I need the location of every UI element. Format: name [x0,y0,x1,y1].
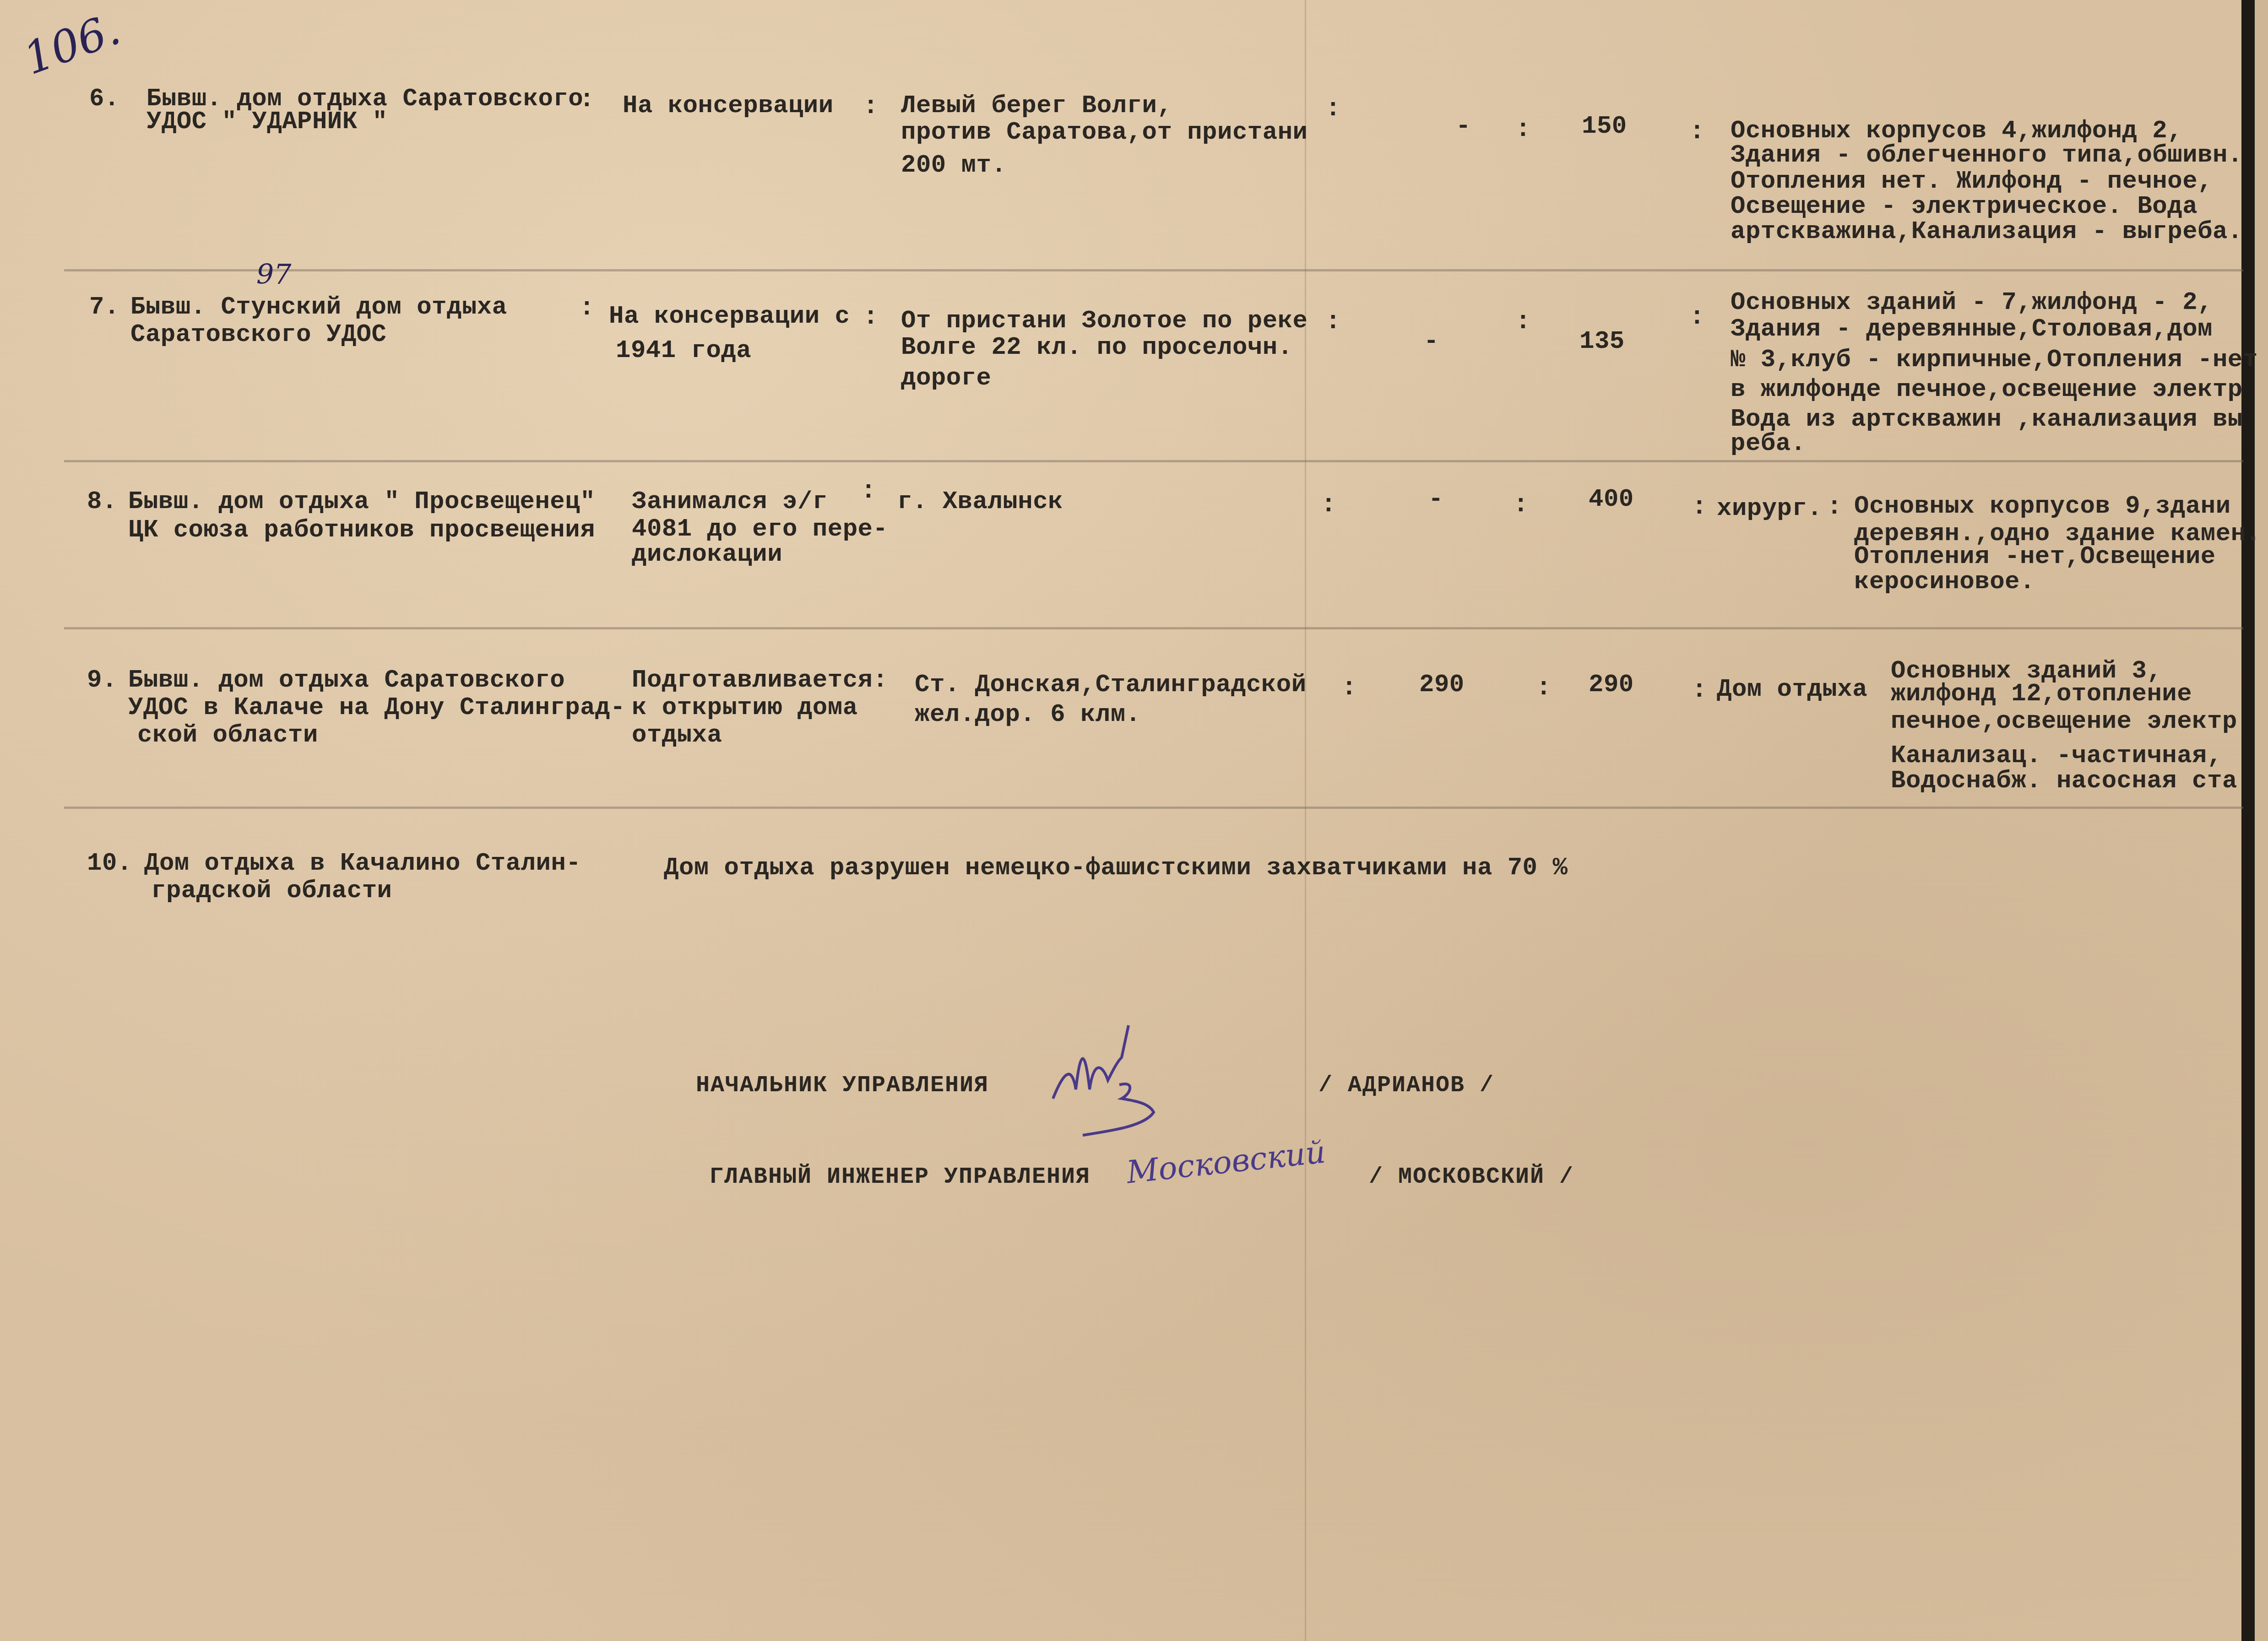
chief-name: / АДРИАНОВ / [1318,1071,1494,1100]
row-col6: 150 [1582,112,1627,141]
row-number: 7. [89,293,119,322]
chief-title: НАЧАЛЬНИК УПРАВЛЕНИЯ [696,1071,989,1100]
row-location-line: г. Хвалынск [897,487,1063,517]
row-location-line: Ст. Донская,Сталинградской [915,671,1307,700]
paper-fold [1305,0,1306,1641]
chief-signature: Адр [1044,1021,1250,1140]
row-description-line: Основных зданий - 7,жилфонд - 2, [1731,288,2213,318]
row-status-line: отдыха [632,721,722,750]
row-description-line: № 3,клуб - кирпичные,Отопления -нет [1731,346,2258,375]
row-status-line: Занимался э/г [632,487,828,517]
row-name-line: УДОС " УДАРНИК " [146,108,387,137]
row-status-line: 1941 года [616,336,751,366]
column-separator: : [863,302,879,331]
row-location-line: жел.дор. 6 клм. [915,700,1141,730]
column-separator: : [1689,117,1705,146]
row-number: 6. [89,85,119,114]
row-name-line: градской области [151,877,392,906]
row-col6: 135 [1579,327,1625,357]
row-number: 10. [87,849,132,878]
column-separator: : [1515,307,1531,336]
row-description-line: жилфонд 12,отопление [1891,680,2192,709]
row-description-line: реба. [1731,429,1806,459]
row-name-line: ЦК союза работников просвещения [128,516,595,545]
row-number: 8. [87,487,117,517]
column-separator: : [1341,673,1357,702]
row-name-line: ской области [137,721,318,750]
column-separator: : [579,85,595,114]
row-profile: Дом отдыха [1717,675,1867,704]
row-status-line: На консервации с [609,302,850,331]
column-separator: : [579,293,595,322]
row-col6: 290 [1589,671,1634,700]
column-separator: : [1325,307,1341,336]
row-name-line: Бывш. дом отдыха Саратовского [128,666,565,695]
engineer-signature: Московский [1125,1134,1327,1191]
row-location-line: дороге [901,364,991,393]
row-name-line: Саратовского УДОС [130,320,386,350]
row-description-line: Здания - облегченного типа,обшивн. [1731,141,2243,170]
row-name-line: Бывш. Стунский дом отдыха [130,293,507,322]
row-name-line: Бывш. дом отдыха " Просвещенец" [128,487,595,517]
row-col5: 290 [1419,671,1465,700]
row-divider [64,269,2243,271]
column-separator: : [1536,673,1552,702]
engineer-title: ГЛАВНЫЙ ИНЖЕНЕР УПРАВЛЕНИЯ [710,1163,1091,1192]
engineer-name: / МОСКОВСКИЙ / [1369,1163,1574,1192]
row-description-line: в жилфонде печное,освещение электр [1731,375,2243,405]
column-separator: : [1827,492,1842,521]
row-divider [64,807,2243,809]
document-page: 106. 6. Бывш. дом отдыха Саратовского УД… [0,0,2255,1641]
row-description-line: артскважина,Канализация - выгреба. [1731,217,2243,247]
row-divider [64,627,2243,629]
row-status-line: дислокации [632,540,782,569]
row-profile: хирург. [1717,494,1822,524]
row-col5: - [1424,327,1439,357]
row-status-line: к открытию дома [632,693,858,723]
row-description-line: Здания - деревянные,Столовая,дом [1731,315,2213,344]
row-col5: - [1456,112,1471,141]
row-name-line: Дом отдыха в Качалино Сталин- [144,849,581,878]
row-note: Дом отдыха разрушен немецко-фашистскими … [664,854,1568,883]
row-location-line: Волге 22 кл. по проселочн. [901,333,1293,363]
row-description-line: печное,освещение электр [1891,707,2237,737]
column-separator: : [861,476,876,505]
row-location-line: Левый берег Волги, [901,92,1172,121]
signature-scribble-icon [1044,1021,1250,1140]
column-separator: : [1325,94,1341,123]
row-location-line: От пристани Золотое по реке [901,307,1308,336]
row-divider [64,460,2243,462]
row-col6: 400 [1589,485,1634,515]
row-name-line: УДОС в Калаче на Дону Сталинград- [128,693,625,723]
row-description-line: Вода из артскважин ,канализация вы [1731,405,2243,434]
column-separator: : [1513,490,1529,519]
row-location-line: против Саратова,от пристани [901,118,1308,147]
row-description-line: Основных корпусов 9,здани [1854,492,2231,521]
column-separator: : [863,92,879,121]
row-description-line: Водоснабж. насосная ста [1891,767,2237,796]
column-separator: : [1689,302,1705,331]
row-status-line: Подготавливается: [632,666,888,695]
row-status-line: На консервации [623,92,834,121]
column-separator: : [1692,492,1707,521]
column-separator: : [1515,114,1531,144]
row-number: 9. [87,666,117,695]
column-separator: : [1692,675,1707,704]
row-description-line: керосиновое. [1854,568,2035,597]
page-number: 106. [17,3,126,85]
pencil-annotation: 97 [256,259,291,291]
row-col5: - [1428,485,1443,515]
scan-edge [2241,0,2255,1641]
column-separator: : [1321,490,1336,519]
row-location-line: 200 мт. [901,151,1006,180]
